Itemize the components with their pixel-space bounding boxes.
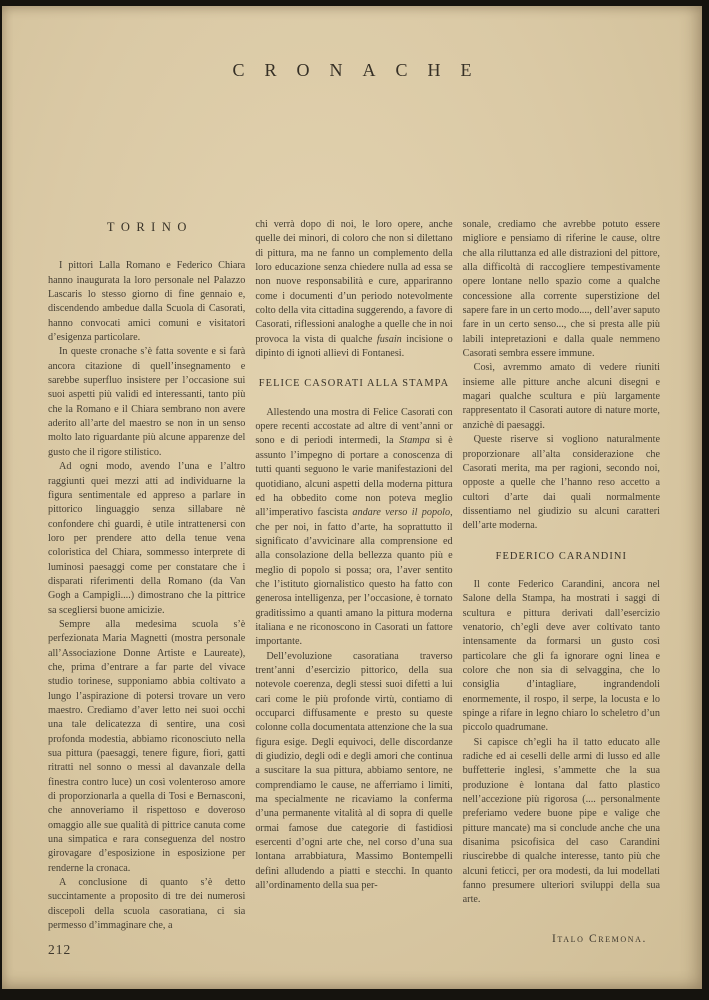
torino-paragraph-1: I pittori Lalla Romano e Federico Chiara… (48, 259, 245, 345)
torino-paragraph-2: In queste cronache s’è fatta sovente e s… (48, 345, 245, 460)
continuation-text: chi verrà dopo di noi, le loro opere, an… (255, 219, 452, 345)
casorati-paragraph-3: Così, avremmo amato di vedere riuniti in… (463, 361, 660, 433)
magazine-page: CRONACHE TORINO I pittori Lalla Romano e… (2, 6, 702, 989)
italic-word-stampa: Stampa (399, 435, 430, 446)
casorati-continuation-paragraph: sonale, crediamo che avrebbe potuto esse… (463, 218, 660, 361)
casorati-paragraph-4: Queste riserve si vogliono naturalmente … (463, 433, 660, 533)
section-heading-casorati: FELICE CASORATI ALLA STAMPA (255, 377, 452, 391)
author-signature: Italo Cremona. (463, 932, 660, 946)
italic-word-fusain: fusain (377, 334, 402, 345)
column-3: sonale, crediamo che avrebbe potuto esse… (463, 218, 660, 946)
column-2: chi verrà dopo di noi, le loro opere, an… (255, 218, 452, 946)
casorati-text-3: , che per noi, in fatto d’arte, ha sopra… (255, 507, 452, 647)
column-1: TORINO I pittori Lalla Romano e Federico… (48, 218, 245, 946)
torino-continuation-paragraph: chi verrà dopo di noi, le loro opere, an… (255, 218, 452, 361)
torino-paragraph-4: Sempre alla medesima scuola s’è perfezio… (48, 618, 245, 876)
casorati-text-2: si è assunto l’impegno di portare a cono… (255, 435, 452, 518)
casorati-paragraph-2: Dell’evoluzione casoratiana traverso tre… (255, 650, 452, 894)
italic-phrase-andare-verso-il-popolo: andare verso il popolo (352, 507, 450, 518)
torino-paragraph-3: Ad ogni modo, avendo l’una e l’altro rag… (48, 460, 245, 618)
section-heading-torino: TORINO (48, 220, 245, 234)
section-heading-carandini: FEDERICO CARANDINI (463, 550, 660, 564)
carandini-paragraph-2: Si capisce ch’egli ha il tatto educato a… (463, 736, 660, 908)
page-number: 212 (48, 942, 71, 958)
carandini-paragraph-1: Il conte Federico Carandini, ancora nel … (463, 578, 660, 736)
page-title: CRONACHE (2, 60, 702, 81)
casorati-paragraph-1: Allestendo una mostra di Felice Casorati… (255, 406, 452, 650)
text-columns: TORINO I pittori Lalla Romano e Federico… (48, 218, 660, 946)
torino-paragraph-5: A conclusione di quanto s’è detto succin… (48, 876, 245, 933)
